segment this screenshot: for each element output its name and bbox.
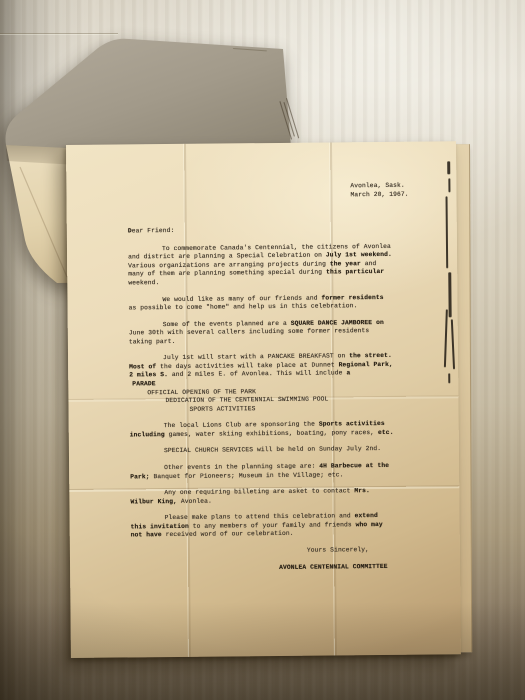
toner-streak bbox=[447, 161, 450, 174]
letter-paragraph: We would like as many of our friends and… bbox=[128, 293, 394, 313]
letter-paragraph: July 1st will start with a PANCAKE BREAK… bbox=[129, 352, 395, 380]
letter-paragraph: Some of the events planned are a SQUARE … bbox=[129, 318, 395, 346]
letter-closing: Yours Sincerely, bbox=[307, 546, 397, 555]
event-line: SPORTS ACTIVITIES bbox=[190, 404, 396, 415]
toner-streak bbox=[448, 373, 450, 383]
letter-paragraph: To commemorate Canada's Centennial, the … bbox=[128, 243, 394, 288]
envelope-flap bbox=[5, 39, 292, 160]
signature-text: AVONLEA CENTENNIAL COMMITTEE bbox=[279, 563, 388, 571]
letter-paragraph: The local Lions Club are sponsoring the … bbox=[130, 420, 396, 440]
letter-salutation: Dear Friend: bbox=[128, 225, 394, 236]
letter-paragraph: Please make plans to attend this celebra… bbox=[131, 512, 397, 540]
toner-streak bbox=[446, 196, 448, 268]
toner-streak bbox=[451, 319, 455, 369]
toner-streak bbox=[448, 178, 450, 192]
letter-dateline: Avonlea, Sask. March 20, 1967. bbox=[350, 182, 393, 200]
event-line-list: PARADE OFFICIAL OPENING OF THE PARK DEDI… bbox=[129, 378, 395, 415]
letter-paragraph: Other events in the planning stage are: … bbox=[130, 462, 396, 482]
dateline-place: Avonlea, Sask. bbox=[350, 182, 404, 190]
letter-paragraph: SPECIAL CHURCH SERVICES will be held on … bbox=[130, 445, 396, 456]
toner-streak bbox=[444, 309, 448, 367]
toner-streak bbox=[448, 272, 451, 317]
letter-body-text: Avonlea, Sask. March 20, 1967. Dear Frie… bbox=[127, 182, 397, 575]
photo-scene: Avonlea, Sask. March 20, 1967. Dear Frie… bbox=[0, 0, 525, 700]
letter-paragraph: Any one requiring billeting are asket to… bbox=[130, 487, 396, 507]
dateline-date: March 20, 1967. bbox=[350, 190, 408, 198]
letter-signature: AVONLEA CENTENNIAL COMMITTEE bbox=[279, 563, 397, 573]
letter-sheet: Avonlea, Sask. March 20, 1967. Dear Frie… bbox=[66, 141, 461, 658]
